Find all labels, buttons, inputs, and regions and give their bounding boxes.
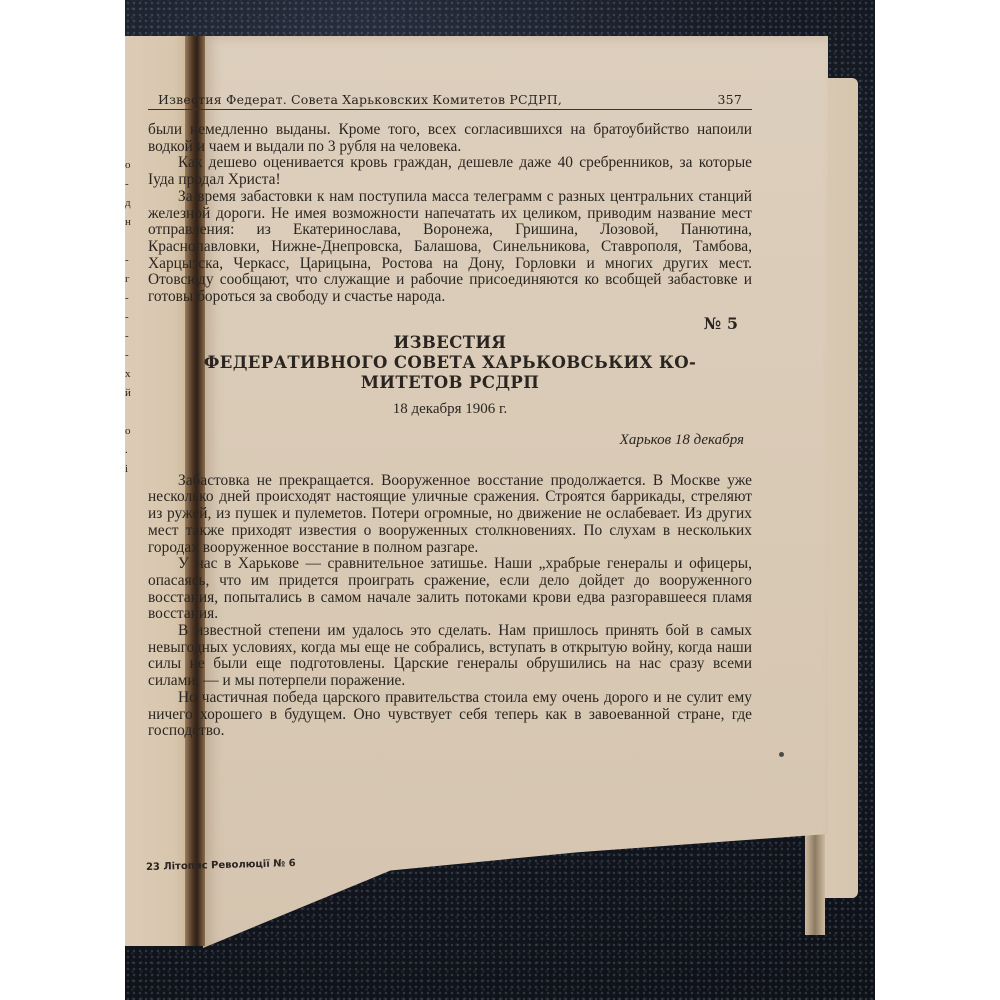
paragraph: были немедленно выданы. Кроме того, всех… xyxy=(148,122,752,155)
paper-speck xyxy=(779,752,784,757)
section-title-line1: ИЗВЕСТИЯ xyxy=(148,333,752,353)
paragraphs-bottom: Забастовка не прекращается. Вооруженное … xyxy=(148,473,752,740)
running-head: Известия Федерат. Совета Харьковских Ком… xyxy=(148,92,752,110)
dateline: Харьков 18 декабря xyxy=(148,432,752,449)
page-number: 357 xyxy=(718,92,742,107)
issue-number: № 5 xyxy=(148,314,752,333)
running-head-title: Известия Федерат. Совета Харьковских Ком… xyxy=(158,92,562,107)
section-title-line2: ФЕДЕРАТИВНОГО СОВЕТА ХАРЬКОВСЬКИХ КО- xyxy=(148,353,752,373)
paragraph: У нас в Харькове — сравнительное затишье… xyxy=(148,556,752,623)
section-title-line3: МИТЕТОВ РСДРП xyxy=(148,373,752,393)
paragraph: Но частичная победа царского правительст… xyxy=(148,690,752,740)
paragraph: В известной степени им удалось это сдела… xyxy=(148,623,752,690)
section-title: ИЗВЕСТИЯ ФЕДЕРАТИВНОГО СОВЕТА ХАРЬКОВСЬК… xyxy=(148,333,752,393)
left-page-text-fragments: о - д н - г - - - - х й о . і xyxy=(125,156,139,479)
paragraph: Как дешево оценивается кровь граждан, де… xyxy=(148,155,752,188)
page-text: Известия Федерат. Совета Харьковских Ком… xyxy=(148,92,752,740)
paragraphs-top: были немедленно выданы. Кроме того, всех… xyxy=(148,122,752,306)
paragraph: За время забастовки к нам поступила масс… xyxy=(148,189,752,306)
issue-date: 18 декабря 1906 г. xyxy=(148,401,752,418)
paragraph: Забастовка не прекращается. Вооруженное … xyxy=(148,473,752,557)
